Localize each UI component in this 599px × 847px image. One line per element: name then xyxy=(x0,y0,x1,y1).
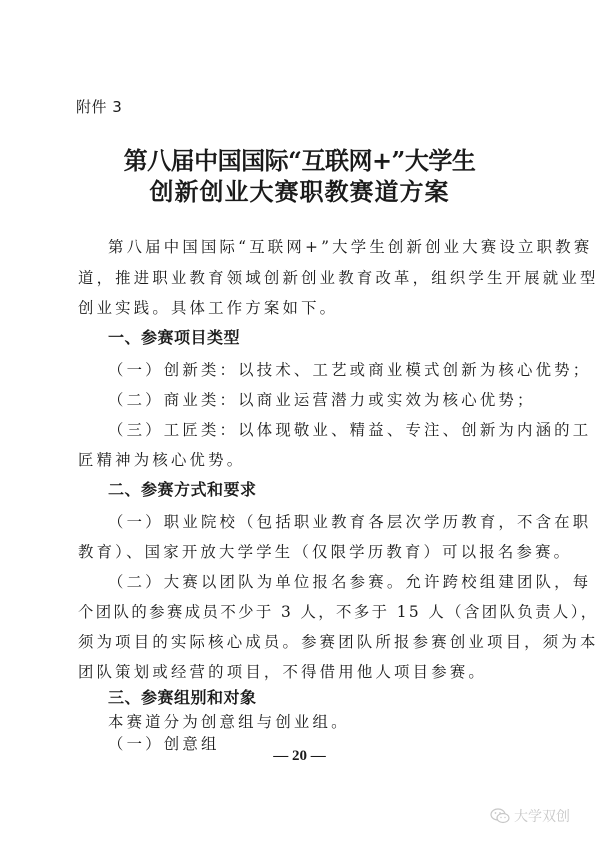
section-heading-1: 一、参赛项目类型 xyxy=(108,328,240,348)
page-number: — 20 — xyxy=(0,748,599,765)
intro-line-3: 创业实践。具体工作方案如下。 xyxy=(78,298,522,318)
section-3-line-1: 本赛道分为创意组与创业组。 xyxy=(108,712,552,732)
intro-line-1: 第八届中国国际“互联网+”大学生创新创业大赛设立职教赛 xyxy=(108,237,522,257)
document-title-line-2: 创新创业大赛职教赛道方案 xyxy=(0,177,599,207)
section-2-line-6: 团队策划或经营的项目，不得借用他人项目参赛。 xyxy=(78,662,522,682)
section-2-line-5: 须为项目的实际核心成员。参赛团队所报参赛创业项目，须为本 xyxy=(78,632,522,652)
section-2-line-3: （二）大赛以团队为单位报名参赛。允许跨校组建团队，每 xyxy=(108,572,552,592)
section-heading-2: 二、参赛方式和要求 xyxy=(108,480,257,500)
section-1-line-1: （一）创新类：以技术、工艺或商业模式创新为核心优势； xyxy=(108,360,552,380)
section-heading-3: 三、参赛组别和对象 xyxy=(108,688,257,708)
section-1-line-3: （三）工匠类：以体现敬业、精益、专注、创新为内涵的工 xyxy=(108,420,552,440)
document-title-line-1: 第八届中国国际“互联网+”大学生 xyxy=(0,146,599,176)
section-2-line-1: （一）职业院校（包括职业教育各层次学历教育，不含在职 xyxy=(108,512,552,532)
wechat-icon xyxy=(490,808,510,824)
section-2-line-4: 个团队的参赛成员不少于 3 人，不多于 15 人（含团队负责人）， xyxy=(78,602,522,622)
section-1-line-2: （二）商业类：以商业运营潜力或实效为核心优势； xyxy=(108,390,552,410)
section-1-line-4: 匠精神为核心优势。 xyxy=(78,450,522,470)
watermark-text: 大学双创 xyxy=(514,806,570,826)
section-2-line-2: 教育）、国家开放大学学生（仅限学历教育）可以报名参赛。 xyxy=(78,542,522,562)
attachment-label: 附件 3 xyxy=(76,96,122,117)
intro-line-2: 道，推进职业教育领域创新创业教育改革，组织学生开展就业型 xyxy=(78,268,522,288)
watermark: 大学双创 xyxy=(490,806,570,826)
